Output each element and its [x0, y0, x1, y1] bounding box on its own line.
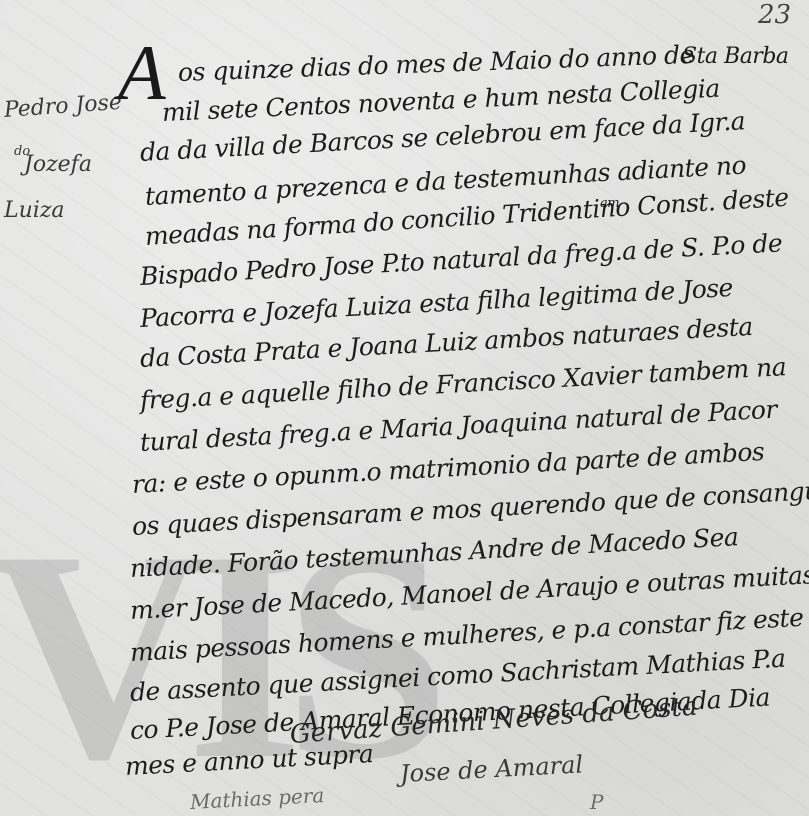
page-number: 23	[758, 0, 791, 30]
superscript-note: Sta Barba	[682, 44, 789, 69]
partial-text: P	[590, 790, 603, 814]
manuscript-page: VIS 23 Pedro Jose do Jozefa Luiza A Sta …	[0, 0, 809, 816]
margin-note-line: Luiza	[4, 198, 65, 223]
decorative-initial: A	[118, 28, 166, 118]
margin-note-line: Jozefa	[24, 152, 92, 177]
